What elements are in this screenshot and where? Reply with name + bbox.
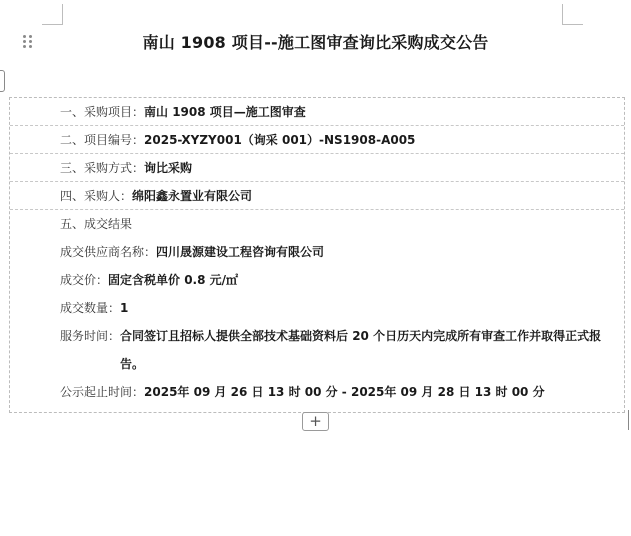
table-row-project: 一、采购项目： 南山 1908 项目—施工图审查 [10,98,624,126]
page-corner-mark-left [42,4,63,25]
table-row-project-number: 二、项目编号： 2025-XYZY001（询采 001）-NS1908-A005 [10,126,624,154]
document-title: 南山 1908 项目--施工图审查询比采购成交公告 [0,30,631,53]
result-price: 成交价：固定含税单价 0.8 元/㎡ [60,266,624,294]
page-corner-mark-right [562,4,583,25]
table-row-result: 五、成交结果 成交供应商名称：四川晟源建设工程咨询有限公司 成交价：固定含税单价… [10,210,624,412]
result-heading: 五、成交结果 [60,210,624,238]
price-value: 固定含税单价 0.8 元/㎡ [108,273,238,287]
row-label: 二、项目编号： [60,131,144,148]
side-panel-toggle[interactable] [0,70,5,92]
service-value: 合同签订且招标人提供全部技术基础资料后 20 个日历天内完成所有审查工作并取得正… [120,322,624,378]
row-value: 2025-XYZY001（询采 001）-NS1908-A005 [144,131,415,148]
plus-icon: + [309,414,322,429]
result-heading-text: 五、成交结果 [60,217,132,231]
row-label: 一、采购项目： [60,103,144,120]
result-quantity: 成交数量：1 [60,294,624,322]
quantity-label: 成交数量： [60,301,120,315]
supplier-value: 四川晟源建设工程咨询有限公司 [156,245,324,259]
result-supplier: 成交供应商名称：四川晟源建设工程咨询有限公司 [60,238,624,266]
quantity-value: 1 [120,301,128,315]
table-row-purchaser: 四、采购人： 绵阳鑫永置业有限公司 [10,182,624,210]
cursor-mark [628,410,629,430]
row-value: 南山 1908 项目—施工图审查 [144,103,306,120]
row-value: 询比采购 [144,159,192,176]
result-service-time: 服务时间：合同签订且招标人提供全部技术基础资料后 20 个日历天内完成所有审查工… [60,322,624,378]
period-value: 2025年 09 月 26 日 13 时 00 分 - 2025年 09 月 2… [144,385,545,399]
row-label: 三、采购方式： [60,159,144,176]
price-label: 成交价： [60,273,108,287]
period-label: 公示起止时间： [60,385,144,399]
announcement-table: 一、采购项目： 南山 1908 项目—施工图审查 二、项目编号： 2025-XY… [9,97,625,413]
add-row-button[interactable]: + [302,412,329,431]
supplier-label: 成交供应商名称： [60,245,156,259]
row-value: 绵阳鑫永置业有限公司 [132,187,252,204]
row-label: 四、采购人： [60,187,132,204]
service-label: 服务时间： [60,322,120,378]
table-row-procurement-method: 三、采购方式： 询比采购 [10,154,624,182]
result-publicity-period: 公示起止时间：2025年 09 月 26 日 13 时 00 分 - 2025年… [60,378,624,406]
